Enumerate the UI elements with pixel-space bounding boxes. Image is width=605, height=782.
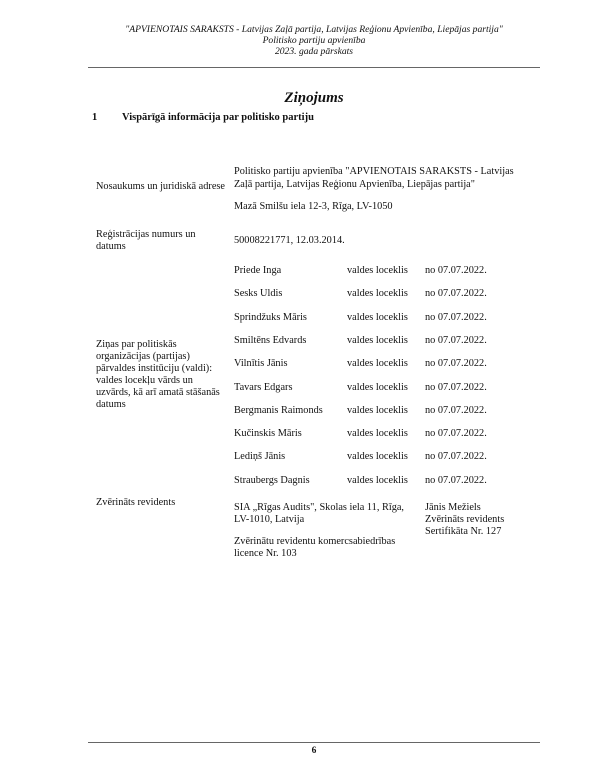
header-divider xyxy=(88,67,540,68)
registration-value: 50008221771, 12.03.2014. xyxy=(234,235,345,247)
board-member-since: no 07.07.2022. xyxy=(425,428,487,440)
board-member-name: Tavars Edgars xyxy=(234,382,292,394)
board-label: Ziņas par politiskās organizācijas (part… xyxy=(96,339,224,411)
board-member-name: Smiltēns Edvards xyxy=(234,335,306,347)
audit-firm-line-1: SIA „Rīgas Audits", Skolas iela 11, Rīga… xyxy=(234,502,404,514)
page-number: 6 xyxy=(88,746,540,756)
board-member-name: Straubergs Dagnis xyxy=(234,475,310,487)
board-member-name: Priede Inga xyxy=(234,265,281,277)
page-title: Ziņojums xyxy=(88,90,540,107)
header-line-1: "APVIENOTAIS SARAKSTS - Latvijas Zaļā pa… xyxy=(88,24,540,35)
auditor-certificate: Sertifikāta Nr. 127 xyxy=(425,526,501,538)
header-line-2: Politisko partiju apvienība xyxy=(88,35,540,46)
board-member-name: Bergmanis Raimonds xyxy=(234,405,323,417)
board-member-role: valdes loceklis xyxy=(347,265,408,277)
license-line-2: licence Nr. 103 xyxy=(234,548,297,560)
board-member-since: no 07.07.2022. xyxy=(425,288,487,300)
footer-divider xyxy=(88,742,540,743)
party-name-line-2: Zaļā partija, Latvijas Reģionu Apvienība… xyxy=(234,179,475,191)
board-member-since: no 07.07.2022. xyxy=(425,475,487,487)
board-member-since: no 07.07.2022. xyxy=(425,451,487,463)
board-member-since: no 07.07.2022. xyxy=(425,265,487,277)
board-member-role: valdes loceklis xyxy=(347,428,408,440)
board-member-since: no 07.07.2022. xyxy=(425,312,487,324)
board-member-role: valdes loceklis xyxy=(347,405,408,417)
board-member-role: valdes loceklis xyxy=(347,312,408,324)
section-title: Vispārīgā informācija par politisko part… xyxy=(122,112,314,123)
document-header: "APVIENOTAIS SARAKSTS - Latvijas Zaļā pa… xyxy=(88,24,540,57)
board-member-since: no 07.07.2022. xyxy=(425,405,487,417)
board-member-since: no 07.07.2022. xyxy=(425,358,487,370)
auditor-person-name: Jānis Mežiels xyxy=(425,502,481,514)
audit-firm-line-2: LV-1010, Latvija xyxy=(234,514,304,526)
header-line-3: 2023. gada pārskats xyxy=(88,46,540,57)
board-member-role: valdes loceklis xyxy=(347,451,408,463)
board-member-name: Lediņš Jānis xyxy=(234,451,285,463)
board-member-since: no 07.07.2022. xyxy=(425,382,487,394)
board-member-role: valdes loceklis xyxy=(347,382,408,394)
board-member-name: Kučinskis Māris xyxy=(234,428,302,440)
board-member-role: valdes loceklis xyxy=(347,358,408,370)
auditor-label: Zvērināts revidents xyxy=(96,497,236,509)
board-member-name: Vilnītis Jānis xyxy=(234,358,287,370)
section-number: 1 xyxy=(92,112,97,123)
legal-address: Mazā Smilšu iela 12-3, Rīga, LV-1050 xyxy=(234,201,393,213)
name-address-label: Nosaukums un juridiskā adrese xyxy=(96,181,236,193)
registration-label: Reģistrācijas numurs un datums xyxy=(96,229,206,253)
board-member-role: valdes loceklis xyxy=(347,475,408,487)
board-member-name: Sesks Uldis xyxy=(234,288,282,300)
license-line-1: Zvērinātu revidentu komercsabiedrības xyxy=(234,536,395,548)
board-member-since: no 07.07.2022. xyxy=(425,335,487,347)
party-name-line-1: Politisko partiju apvienība "APVIENOTAIS… xyxy=(234,166,514,178)
board-member-role: valdes loceklis xyxy=(347,335,408,347)
auditor-person-title: Zvērināts revidents xyxy=(425,514,504,526)
board-member-name: Sprindžuks Māris xyxy=(234,312,307,324)
board-member-role: valdes loceklis xyxy=(347,288,408,300)
